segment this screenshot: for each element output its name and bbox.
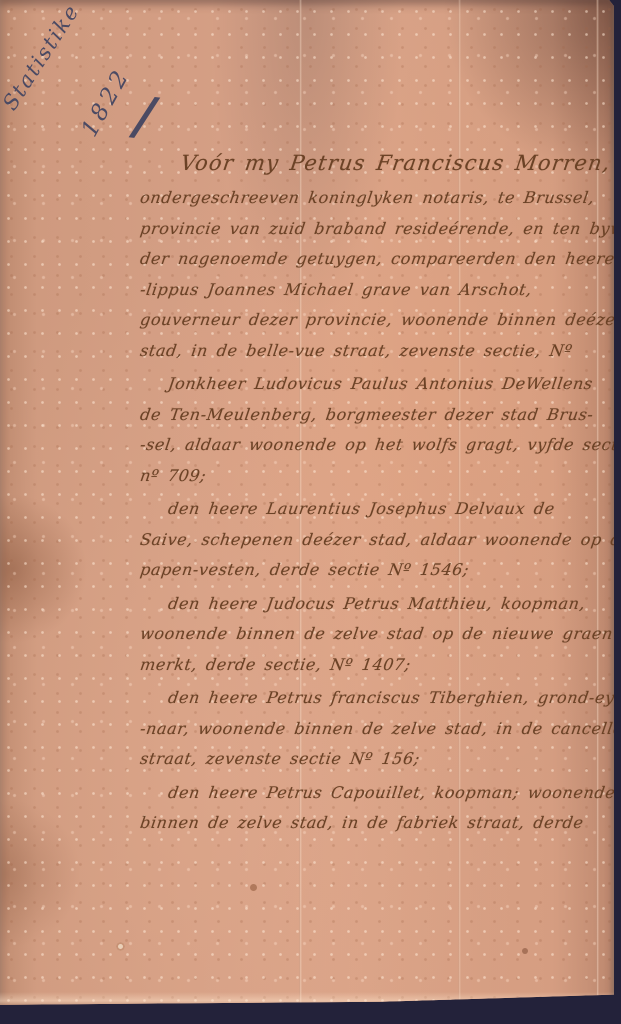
manuscript-line: papen-vesten, derde sectie Nº 1546;	[138, 555, 614, 586]
manuscript-line: binnen de zelve stad, in de fabriek stra…	[138, 808, 614, 839]
manuscript-line: den heere Petrus franciscus Tiberghien, …	[138, 683, 614, 714]
paper-blemish	[522, 948, 528, 954]
manuscript-line: Jonkheer Ludovicus Paulus Antonius DeWel…	[138, 369, 614, 400]
manuscript-page: Statistike 1822 / Voór my Petrus Francis…	[0, 0, 614, 1016]
manuscript-line: -lippus Joannes Michael grave van Arscho…	[138, 275, 614, 306]
manuscript-line: provincie van zuid braband resideérende,…	[138, 214, 614, 245]
manuscript-line: straat, zevenste sectie Nº 156;	[138, 744, 614, 775]
manuscript-line: ondergeschreeven koninglyken notaris, te…	[138, 183, 614, 214]
manuscript-line: Voór my Petrus Franciscus Morren,	[138, 143, 616, 183]
manuscript-line: -naar, woonende binnen de zelve stad, in…	[138, 714, 614, 745]
annotation-word: Statistike	[0, 0, 84, 115]
manuscript-text: Voór my Petrus Franciscus Morren,onderge…	[138, 143, 610, 839]
page-bottom-edge	[0, 992, 614, 1008]
annotation-slash-mark: /	[132, 85, 157, 148]
manuscript-line: der nagenoemde getuygen, compareerden de…	[138, 244, 614, 275]
manuscript-line: gouverneur dezer provincie, woonende bin…	[138, 305, 614, 336]
manuscript-line: den heere Laurentius Josephus Delvaux de	[138, 494, 614, 525]
paper-blemish	[116, 942, 125, 951]
manuscript-line: merkt, derde sectie, Nº 1407;	[138, 650, 614, 681]
manuscript-line: den heere Judocus Petrus Matthieu, koopm…	[138, 589, 614, 620]
paper-blemish	[250, 884, 257, 891]
manuscript-line: -sel, aldaar woonende op het wolfs gragt…	[138, 430, 614, 461]
manuscript-line: nº 709;	[138, 461, 614, 492]
photograph-background: Statistike 1822 / Voór my Petrus Francis…	[0, 0, 621, 1024]
manuscript-line: den heere Petrus Capouillet, koopman; wo…	[138, 778, 614, 809]
manuscript-line: de Ten-Meulenberg, borgmeester dezer sta…	[138, 400, 614, 431]
manuscript-line: Saive, schepenen deézer stad, aldaar woo…	[138, 525, 614, 556]
annotation-year: 1822	[77, 63, 136, 141]
manuscript-line: stad, in de belle-vue straat, zevenste s…	[138, 336, 614, 367]
manuscript-line: woonende binnen de zelve stad op de nieu…	[138, 619, 614, 650]
